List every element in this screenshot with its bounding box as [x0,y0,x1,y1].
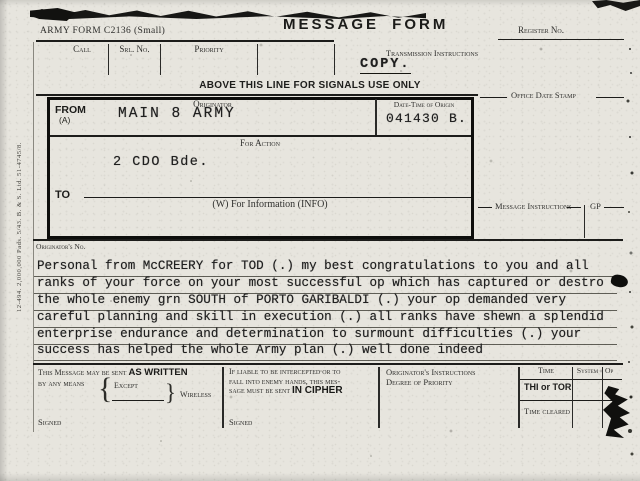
by-any-means-label: by any means [38,379,84,388]
form-number: ARMY FORM C2136 (Small) [40,26,165,36]
except-blank-line [112,400,164,401]
page-title: MESSAGE FORM [283,16,448,33]
signals-divider-4 [334,44,335,75]
scan-artifact-bottom-right [603,386,630,438]
sent-as-written-block: This Message may be sent AS WRITTEN [38,367,220,378]
time-table-divider-1 [572,367,573,428]
msg-instr-dash-mid [567,207,581,208]
printer-imprint: 12-494. 2,000,000 Pads. 5/43. B. & S. Lt… [16,82,23,312]
office-date-stamp-dash-left [480,97,507,98]
message-line: careful planning and skill in execution … [34,310,617,328]
srl-no-label: Srl. No. [110,44,159,54]
time-table-header-rule [520,379,622,380]
signed-label-2: Signed [229,417,252,427]
message-line: Personal from McCREERY for TOD (.) my be… [34,259,617,277]
system-column-header: System [573,366,602,375]
from-sub-label: (A) [59,115,70,125]
in-cipher-label: IN CIPHER [292,385,343,396]
sent-intro: This Message may be sent [38,368,128,377]
priority-label: Priority [162,44,256,54]
time-column-header: Time [520,366,572,375]
originators-no-label: Originator's No. [36,242,85,251]
signals-bottom-rule [36,94,478,96]
message-line: enterprise endurance and determination t… [34,327,617,345]
address-box-rule-1 [50,135,471,137]
time-table-divider-2 [602,367,603,428]
date-time-label: Date-Time of Origin [379,100,469,109]
time-cleared-label: Time cleared [524,406,570,416]
message-line: success has helped the whole Army plan (… [34,343,617,361]
message-area-top-rule [33,239,623,241]
register-no-label: Register No. [518,25,564,35]
scan-edge-left [0,0,8,481]
date-time-value: 041430 B. [386,111,467,126]
cipher-line-3: sage must be sent IN CIPHER [229,385,343,396]
scan-artifact-top-right [592,0,640,11]
time-table-row-rule [520,400,622,401]
message-line: the whole enemy grn SOUTH of PORTO GARIB… [34,293,617,311]
call-label: Call [58,44,106,54]
date-time-divider [375,99,377,135]
scan-edge-bottom [0,473,640,481]
for-action-label: For Action [160,138,360,148]
except-label: Except [114,381,138,390]
signed-label-1: Signed [38,417,61,427]
brace-close: } [165,381,176,404]
thi-or-tor-label: THI or TOR [524,382,571,392]
message-line: ranks of your force on your most success… [34,276,617,294]
scan-edge-top [0,0,640,6]
footer-divider-3 [518,367,520,428]
form-left-border [33,42,34,432]
originator-value: MAIN 8 ARMY [118,106,236,122]
footer-divider-2 [378,367,380,428]
scan-noise-right-edge [629,48,631,50]
op-column-header: Op [605,366,613,375]
above-line-note: ABOVE THIS LINE FOR SIGNALS USE ONLY [160,80,460,91]
scan-artifact-top-blob [30,8,76,21]
wireless-label: Wireless [180,390,211,399]
office-date-stamp-label: Office Date Stamp [511,90,576,100]
msg-instr-dash-left [478,207,492,208]
for-action-value: 2 CDO Bde. [113,155,209,170]
cipher-line-1: If liable to be intercepted or to [229,367,340,376]
transmission-value: COPY. [360,57,411,74]
originator-instructions-label: Originator's Instructions [386,367,476,377]
cipher-line-3-text: sage must be sent [229,386,292,395]
degree-of-priority-label: Degree of Priority [386,377,452,387]
gp-label: GP [590,201,601,211]
as-written-label: AS WRITTEN [128,367,187,378]
to-label: TO [55,189,70,201]
gp-divider [584,205,585,238]
scanned-message-form: 12-494. 2,000,000 Pads. 5/43. B. & S. Lt… [0,0,640,481]
gp-dash-right [604,207,624,208]
signals-row-top-rule [36,40,334,42]
for-information-label: (W) For Information (INFO) [150,199,390,210]
message-instructions-label: Message Instructions [495,201,572,211]
signals-divider-3 [257,44,258,75]
footer-divider-1 [222,367,224,428]
register-no-rule [498,39,624,40]
brace-open: { [98,374,112,404]
office-date-stamp-dash-right [596,97,624,98]
